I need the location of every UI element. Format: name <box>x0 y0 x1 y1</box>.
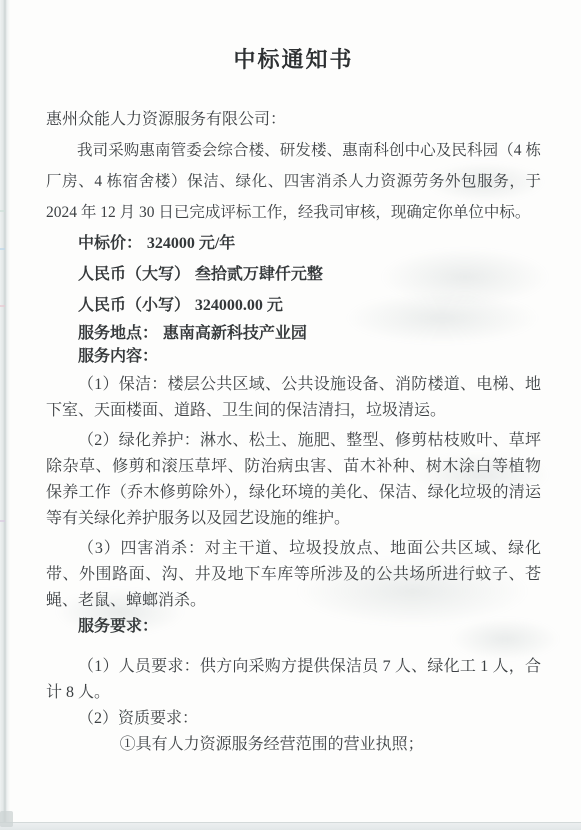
amount-in-figures-value: 324000.00 元 <box>195 297 283 314</box>
amount-in-words-value: 叁拾贰万肆仟元整 <box>195 266 323 283</box>
amount-in-figures-line: 人民币（小写）324000.00 元 <box>46 290 541 321</box>
scan-edge-mark <box>0 248 5 250</box>
scanned-document-page: 中标通知书 惠州众能人力资源服务有限公司： 我司采购惠南管委会综合楼、研发楼、惠… <box>0 0 581 830</box>
bid-price-value: 324000 元/年 <box>147 235 235 252</box>
requirement-item-qualification: （2）资质要求： <box>46 706 541 732</box>
amount-in-words-label: 人民币（大写） <box>78 266 190 283</box>
scan-bottom-edge <box>0 823 581 830</box>
service-location-label: 服务地点： <box>78 325 158 342</box>
recipient-line: 惠州众能人力资源服务有限公司： <box>46 104 541 135</box>
bid-price-label: 中标价： <box>78 235 142 252</box>
service-location-line: 服务地点：惠南高新科技产业园 <box>46 321 541 346</box>
service-content-heading: 服务内容： <box>46 346 541 368</box>
amount-in-words-line: 人民币（大写）叁拾贰万肆仟元整 <box>46 259 541 290</box>
scan-left-edge <box>0 0 10 830</box>
document-body: 中标通知书 惠州众能人力资源服务有限公司： 我司采购惠南管委会综合楼、研发楼、惠… <box>46 0 541 758</box>
document-title: 中标通知书 <box>46 46 541 74</box>
service-requirements-heading: 服务要求： <box>46 614 541 640</box>
amount-in-figures-label: 人民币（小写） <box>78 297 190 314</box>
service-item-cleaning: （1）保洁：楼层公共区域、公共设施设备、消防楼道、电梯、地下室、天面楼面、道路、… <box>46 372 541 424</box>
requirement-item-personnel: （1）人员要求：供方向采购方提供保洁员 7 人、绿化工 1 人，合计 8 人。 <box>46 654 541 706</box>
bid-price-line: 中标价：324000 元/年 <box>46 228 541 259</box>
scan-edge-mark <box>0 210 5 212</box>
service-item-greening: （2）绿化养护：淋水、松土、施肥、整型、修剪枯枝败叶、草坪除杂草、修剪和滚压草坪… <box>46 428 541 532</box>
scan-corner-mark <box>0 811 13 827</box>
service-item-pest-control: （3）四害消杀：对主干道、垃圾投放点、地面公共区域、绿化带、外围路面、沟、井及地… <box>46 536 541 614</box>
qualification-item-business-license: ①具有人力资源服务经营范围的营业执照； <box>46 732 541 758</box>
scan-edge-mark <box>0 520 5 522</box>
intro-paragraph: 我司采购惠南管委会综合楼、研发楼、惠南科创中心及民科园（4 栋厂房、4 栋宿舍楼… <box>46 135 541 228</box>
service-location-value: 惠南高新科技产业园 <box>163 325 307 342</box>
scan-edge-mark <box>0 305 5 307</box>
